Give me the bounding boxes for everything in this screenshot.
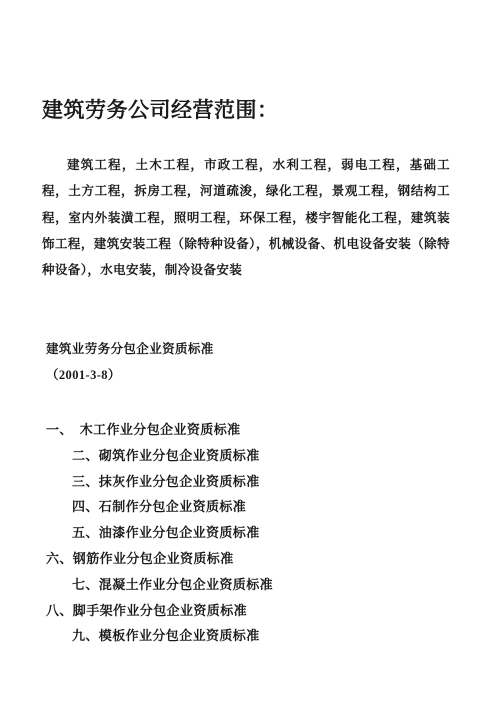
business-scope-paragraph: 建筑工程，土木工程，市政工程，水利工程，弱电工程，基础工程，土方工程，拆房工程，… bbox=[42, 152, 450, 283]
section-date: （2001-3-8） bbox=[46, 362, 121, 388]
standards-item-9: 九、模板作业分包企业资质标准 bbox=[46, 623, 273, 649]
standards-item-4: 四、石制作分包企业资质标准 bbox=[46, 494, 273, 520]
standards-item-5: 五、油漆作业分包企业资质标准 bbox=[46, 520, 273, 546]
standards-item-6: 六、钢筋作业分包企业资质标准 bbox=[46, 546, 273, 572]
section-heading: 建筑业劳务分包企业资质标准 bbox=[46, 336, 214, 362]
standards-item-7: 七、混凝土作业分包企业资质标准 bbox=[46, 572, 273, 598]
standards-item-1: 一、 木工作业分包企业资质标准 bbox=[46, 417, 273, 443]
standards-item-3: 三、抹灰作业分包企业资质标准 bbox=[46, 469, 273, 495]
standards-list: 一、 木工作业分包企业资质标准 二、砌筑作业分包企业资质标准 三、抹灰作业分包企… bbox=[46, 417, 273, 649]
standards-item-8: 八、脚手架作业分包企业资质标准 bbox=[46, 598, 273, 624]
standards-item-2: 二、砌筑作业分包企业资质标准 bbox=[46, 443, 273, 469]
document-title: 建筑劳务公司经营范围： bbox=[42, 95, 279, 125]
document-page: 建筑劳务公司经营范围： 建筑工程，土木工程，市政工程，水利工程，弱电工程，基础工… bbox=[0, 0, 500, 708]
